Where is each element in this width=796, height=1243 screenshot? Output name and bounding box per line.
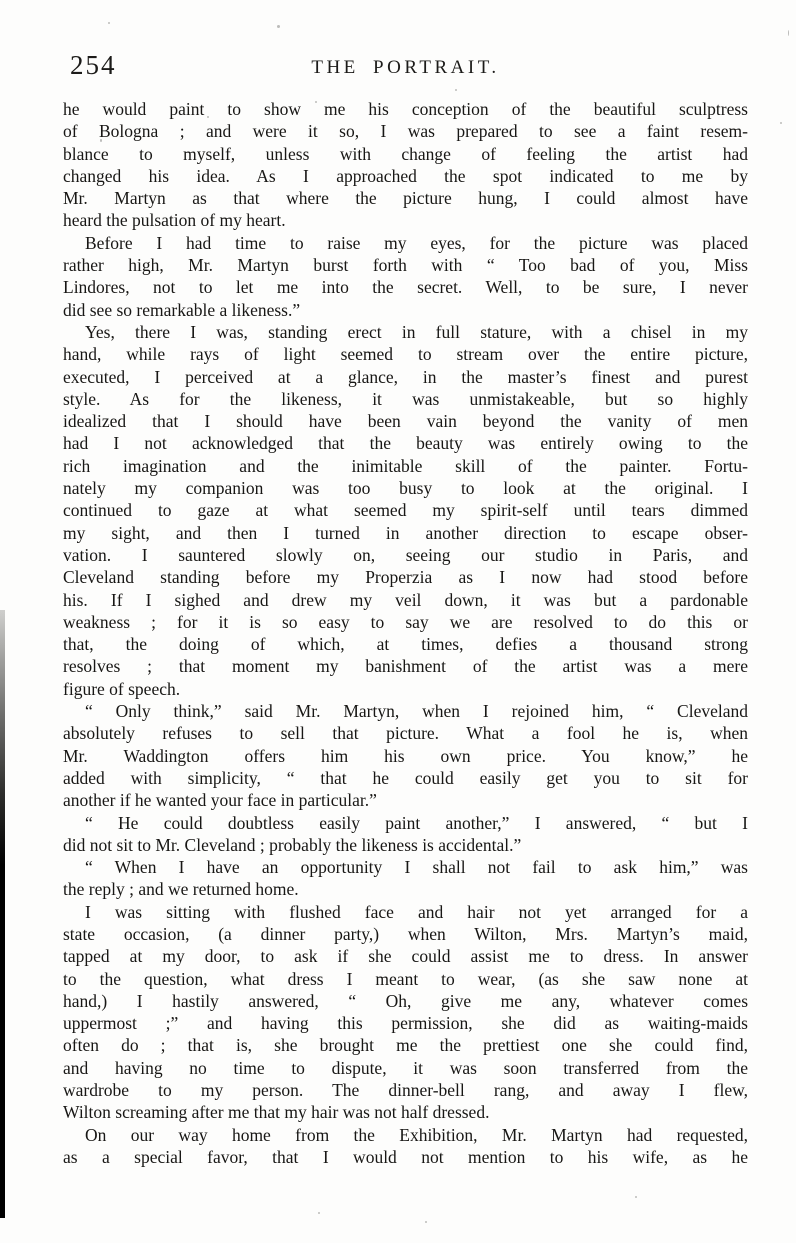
text-line: “ He could doubtless easily paint anothe… bbox=[63, 812, 748, 834]
text-line: Before I had time to raise my eyes, for … bbox=[63, 232, 748, 254]
scan-speckle bbox=[455, 89, 457, 91]
text-line: state occasion, (a dinner party,) when W… bbox=[63, 923, 748, 945]
scanned-book-page: 254 THE PORTRAIT. he would paint to show… bbox=[0, 0, 796, 1243]
text-line: wardrobe to my person. The dinner-bell r… bbox=[63, 1079, 748, 1101]
paragraph: On our way home from the Exhibition, Mr.… bbox=[63, 1124, 748, 1169]
paragraph: “ He could doubtless easily paint anothe… bbox=[63, 812, 748, 857]
text-line: Cleveland standing before my Properzia a… bbox=[63, 566, 748, 588]
text-line: as a special favor, that I would not men… bbox=[63, 1146, 748, 1168]
scan-speckle bbox=[635, 1196, 637, 1198]
text-line: hand, while rays of light seemed to stre… bbox=[63, 343, 748, 365]
text-line: vation. I sauntered slowly on, seeing ou… bbox=[63, 544, 748, 566]
text-line: did see so remarkable a likeness.” bbox=[63, 299, 748, 321]
paragraph: I was sitting with flushed face and hair… bbox=[63, 901, 748, 1124]
scan-speckle bbox=[100, 139, 102, 142]
text-line: that, the doing of which, at times, defi… bbox=[63, 633, 748, 655]
text-line: did not sit to Mr. Cleveland ; probably … bbox=[63, 834, 748, 856]
scan-edge-shadow bbox=[0, 610, 5, 1218]
paragraph: “ Only think,” said Mr. Martyn, when I r… bbox=[63, 700, 748, 811]
scan-speckle bbox=[425, 1221, 427, 1223]
text-line: had I not acknowledged that the beauty w… bbox=[63, 432, 748, 454]
text-line: of Bologna ; and were it so, I was prepa… bbox=[63, 120, 748, 142]
text-line: my sight, and then I turned in another d… bbox=[63, 522, 748, 544]
text-line: absolutely refuses to sell that picture.… bbox=[63, 722, 748, 744]
paragraph: he would paint to show me his conception… bbox=[63, 98, 748, 232]
text-line: Mr. Waddington offers him his own price.… bbox=[63, 745, 748, 767]
scan-speckle bbox=[108, 22, 110, 24]
text-line: figure of speech. bbox=[63, 678, 748, 700]
text-line: changed his idea. As I approached the sp… bbox=[63, 165, 748, 187]
text-line: “ When I have an opportunity I shall not… bbox=[63, 856, 748, 878]
scan-speckle bbox=[315, 101, 317, 103]
text-line: he would paint to show me his conception… bbox=[63, 98, 748, 120]
text-line: Yes, there I was, standing erect in full… bbox=[63, 321, 748, 343]
text-line: the reply ; and we returned home. bbox=[63, 878, 748, 900]
text-line: rather high, Mr. Martyn burst forth with… bbox=[63, 254, 748, 276]
text-line: nately my companion was too busy to look… bbox=[63, 477, 748, 499]
text-line: Wilton screaming after me that my hair w… bbox=[63, 1101, 748, 1123]
paragraph: “ When I have an opportunity I shall not… bbox=[63, 856, 748, 901]
text-line: idealized that I should have been vain b… bbox=[63, 410, 748, 432]
text-line: Mr. Martyn as that where the picture hun… bbox=[63, 187, 748, 209]
paragraph: Yes, there I was, standing erect in full… bbox=[63, 321, 748, 700]
scan-speckle bbox=[788, 30, 789, 36]
text-line: tapped at my door, to ask if she could a… bbox=[63, 945, 748, 967]
scan-speckle bbox=[277, 25, 280, 28]
text-line: resolves ; that moment my banishment of … bbox=[63, 655, 748, 677]
text-line: blance to myself, unless with change of … bbox=[63, 143, 748, 165]
text-line: weakness ; for it is so easy to say we a… bbox=[63, 611, 748, 633]
text-line: continued to gaze at what seemed my spir… bbox=[63, 499, 748, 521]
text-line: “ Only think,” said Mr. Martyn, when I r… bbox=[63, 700, 748, 722]
scan-speckle bbox=[207, 116, 209, 118]
text-line: rich imagination and the inimitable skil… bbox=[63, 455, 748, 477]
scan-speckle bbox=[780, 122, 782, 124]
text-line: heard the pulsation of my heart. bbox=[63, 209, 748, 231]
page-header: 254 THE PORTRAIT. bbox=[63, 50, 748, 86]
text-line: to the question, what dress I meant to w… bbox=[63, 968, 748, 990]
page-text: he would paint to show me his conception… bbox=[63, 98, 748, 1168]
text-line: On our way home from the Exhibition, Mr.… bbox=[63, 1124, 748, 1146]
text-line: uppermost ;” and having this permission,… bbox=[63, 1012, 748, 1034]
text-line: added with simplicity, “ that he could e… bbox=[63, 767, 748, 789]
text-line: style. As for the likeness, it was unmis… bbox=[63, 388, 748, 410]
scan-speckle bbox=[318, 1212, 320, 1214]
text-line: often do ; that is, she brought me the p… bbox=[63, 1034, 748, 1056]
text-line: executed, I perceived at a glance, in th… bbox=[63, 366, 748, 388]
text-line: another if he wanted your face in partic… bbox=[63, 789, 748, 811]
page-title: THE PORTRAIT. bbox=[63, 57, 748, 79]
text-line: his. If I sighed and drew my veil down, … bbox=[63, 589, 748, 611]
text-line: hand,) I hastily answered, “ Oh, give me… bbox=[63, 990, 748, 1012]
text-line: and having no time to dispute, it was so… bbox=[63, 1057, 748, 1079]
text-line: I was sitting with flushed face and hair… bbox=[63, 901, 748, 923]
paragraph: Before I had time to raise my eyes, for … bbox=[63, 232, 748, 321]
text-line: Lindores, not to let me into the secret.… bbox=[63, 276, 748, 298]
